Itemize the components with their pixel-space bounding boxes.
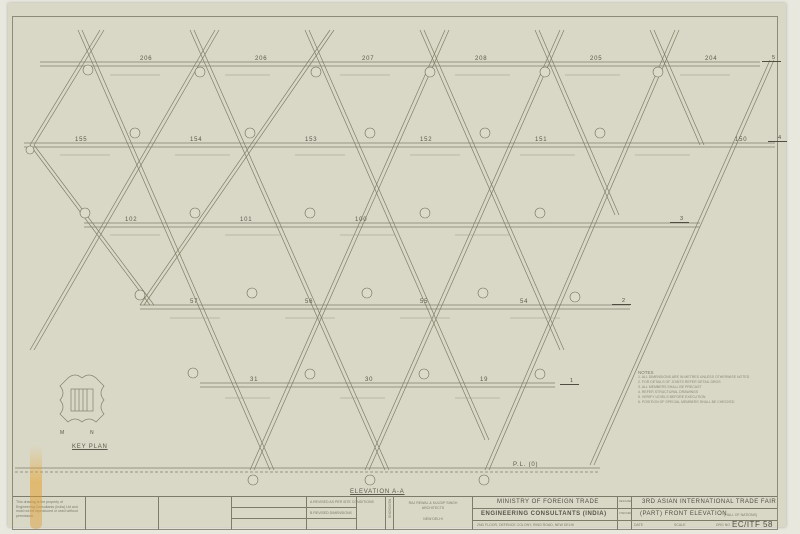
sheet-info-cell: 3RD ASIAN INTERNATIONAL TRADE FAIR (PART… [632, 497, 777, 530]
architects-address: NEW DELHI [394, 517, 472, 522]
scale-label: SCALE [674, 523, 685, 528]
beam-label: 151 [535, 137, 547, 143]
beam-label: 100 [355, 217, 367, 223]
drg-no-label: DRG NO [716, 523, 730, 528]
member-annotations [60, 75, 730, 398]
architects-role: ARCHITECTS [394, 506, 472, 511]
plinth-level-label: P.L. (0) [513, 462, 538, 468]
consultant-address: 2ND FLOOR, DEFENCE COLONY, RING ROAD, NE… [477, 523, 574, 528]
date-label: DATE [634, 523, 643, 528]
beam-label: 207 [362, 56, 374, 62]
blank-cell [159, 497, 232, 530]
revisions-label: REVISIONS [387, 499, 392, 518]
revision-item: A REVISED AS PER SITE CONDITIONS [310, 500, 374, 505]
space-frame-elevation [0, 0, 800, 534]
stamp-cell: DESIGNED CHECKED [618, 497, 632, 530]
key-plan-marker-n: N [90, 430, 94, 436]
project-title: 3RD ASIAN INTERNATIONAL TRADE FAIR [642, 499, 776, 505]
beam-label: 204 [705, 56, 717, 62]
client-name: MINISTRY OF FOREIGN TRADE [497, 499, 599, 505]
paper-stain [30, 445, 42, 529]
beam-label: 101 [240, 217, 252, 223]
key-plan-icon [60, 375, 104, 422]
view-title: ELEVATION A-A [350, 489, 405, 495]
client-cell: MINISTRY OF FOREIGN TRADE ENGINEERING CO… [473, 497, 618, 530]
revision-list: A REVISED AS PER SITE CONDITIONS B REVIS… [306, 497, 386, 530]
drawing-number: EC/ITF 58 [732, 520, 773, 529]
notes-block: NOTES 1. ALL DIMENSIONS ARE IN METRES UN… [638, 370, 778, 405]
revision-item: B REVISED DIMENSIONS [310, 511, 352, 516]
key-plan-marker-m: M [60, 430, 65, 436]
sheet-subtitle: (HALL OF NATIONS) [724, 513, 757, 518]
joint-nodes [26, 65, 663, 485]
architects-cell: RAJ REWAL & KULDIP SINGH ARCHITECTS NEW … [394, 497, 473, 530]
sheet-title: (PART) FRONT ELEVATION [640, 511, 727, 517]
beam-label: 150 [735, 137, 747, 143]
beam-label: 152 [420, 137, 432, 143]
stamp-label: DESIGNED [619, 500, 632, 505]
beam-label: 31 [250, 377, 258, 383]
beam-label: 19 [480, 377, 488, 383]
blank-cell [86, 497, 159, 530]
beam-label: 205 [590, 56, 602, 62]
disclaimer-text: This drawing is the property of Engineer… [16, 500, 82, 518]
beam-label: 54 [520, 299, 528, 305]
note-item: 6. POSITION OF SPECIAL MEMBERS SHALL BE … [638, 400, 778, 405]
beam-label: 206 [140, 56, 152, 62]
row-marker-1: 1 [560, 378, 579, 385]
revisions-label-cell: REVISIONS [386, 497, 394, 530]
beam-label: 154 [190, 137, 202, 143]
beam-label: 102 [125, 217, 137, 223]
row-marker-5: 5 [762, 55, 781, 62]
beam-label: 206 [255, 56, 267, 62]
row-marker-4: 4 [768, 135, 787, 142]
title-block: This drawing is the property of Engineer… [13, 496, 777, 530]
stamp-label: CHECKED [619, 512, 631, 517]
row-marker-3: 3 [670, 216, 689, 223]
disclaimer-cell: This drawing is the property of Engineer… [13, 497, 86, 530]
beam-label: 208 [475, 56, 487, 62]
key-plan-title: KEY PLAN [72, 444, 108, 450]
beam-label: 153 [305, 137, 317, 143]
beam-label: 56 [305, 299, 313, 305]
consultant-name: ENGINEERING CONSULTANTS (INDIA) [481, 511, 607, 517]
row-marker-2: 2 [612, 298, 631, 305]
beam-label: 155 [75, 137, 87, 143]
beam-label: 55 [420, 299, 428, 305]
beam-label: 30 [365, 377, 373, 383]
beam-label: 57 [190, 299, 198, 305]
